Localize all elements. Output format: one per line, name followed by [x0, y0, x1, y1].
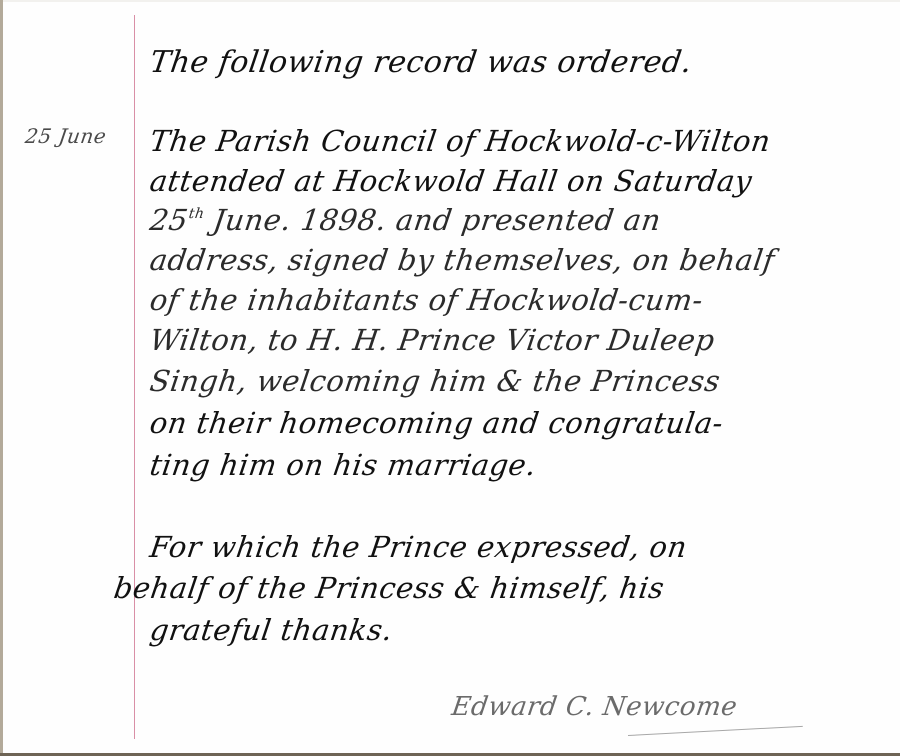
body-line-4: address, signed by themselves, on behalf [148, 246, 776, 275]
page-left-edge [0, 0, 3, 756]
body-line-3: 25th June. 1898. and presented an [148, 206, 663, 235]
body-line-7: Singh, welcoming him & the Princess [148, 367, 722, 396]
body-line-1: The Parish Council of Hockwold-c-Wilton [148, 127, 772, 156]
signature: Edward C. Newcome [450, 694, 739, 720]
page-top-edge [0, 0, 900, 2]
closing-line-2: behalf of the Princess & himself, his [112, 574, 666, 603]
body-line-8: on their homecoming and congratula- [148, 409, 725, 438]
body-line-2: attended at Hockwold Hall on Saturday [148, 167, 754, 196]
date-day: 25 [148, 203, 191, 237]
closing-line-3: grateful thanks. [148, 616, 394, 645]
body-line-6: Wilton, to H. H. Prince Victor Duleep [148, 326, 717, 355]
closing-line-1: For which the Prince expressed, on [148, 533, 689, 562]
signature-underline [628, 726, 803, 736]
margin-rule-line [134, 15, 135, 739]
margin-date-note: 25 June [24, 126, 108, 146]
body-line-9: ting him on his marriage. [148, 451, 538, 480]
date-ordinal-suffix: th [188, 206, 206, 222]
date-and-action: June. 1898. and presented an [211, 203, 663, 237]
body-line-5: of the inhabitants of Hockwold-cum- [148, 286, 705, 315]
record-heading: The following record was ordered. [148, 48, 694, 78]
scanned-page: The following record was ordered. 25 Jun… [0, 0, 900, 756]
